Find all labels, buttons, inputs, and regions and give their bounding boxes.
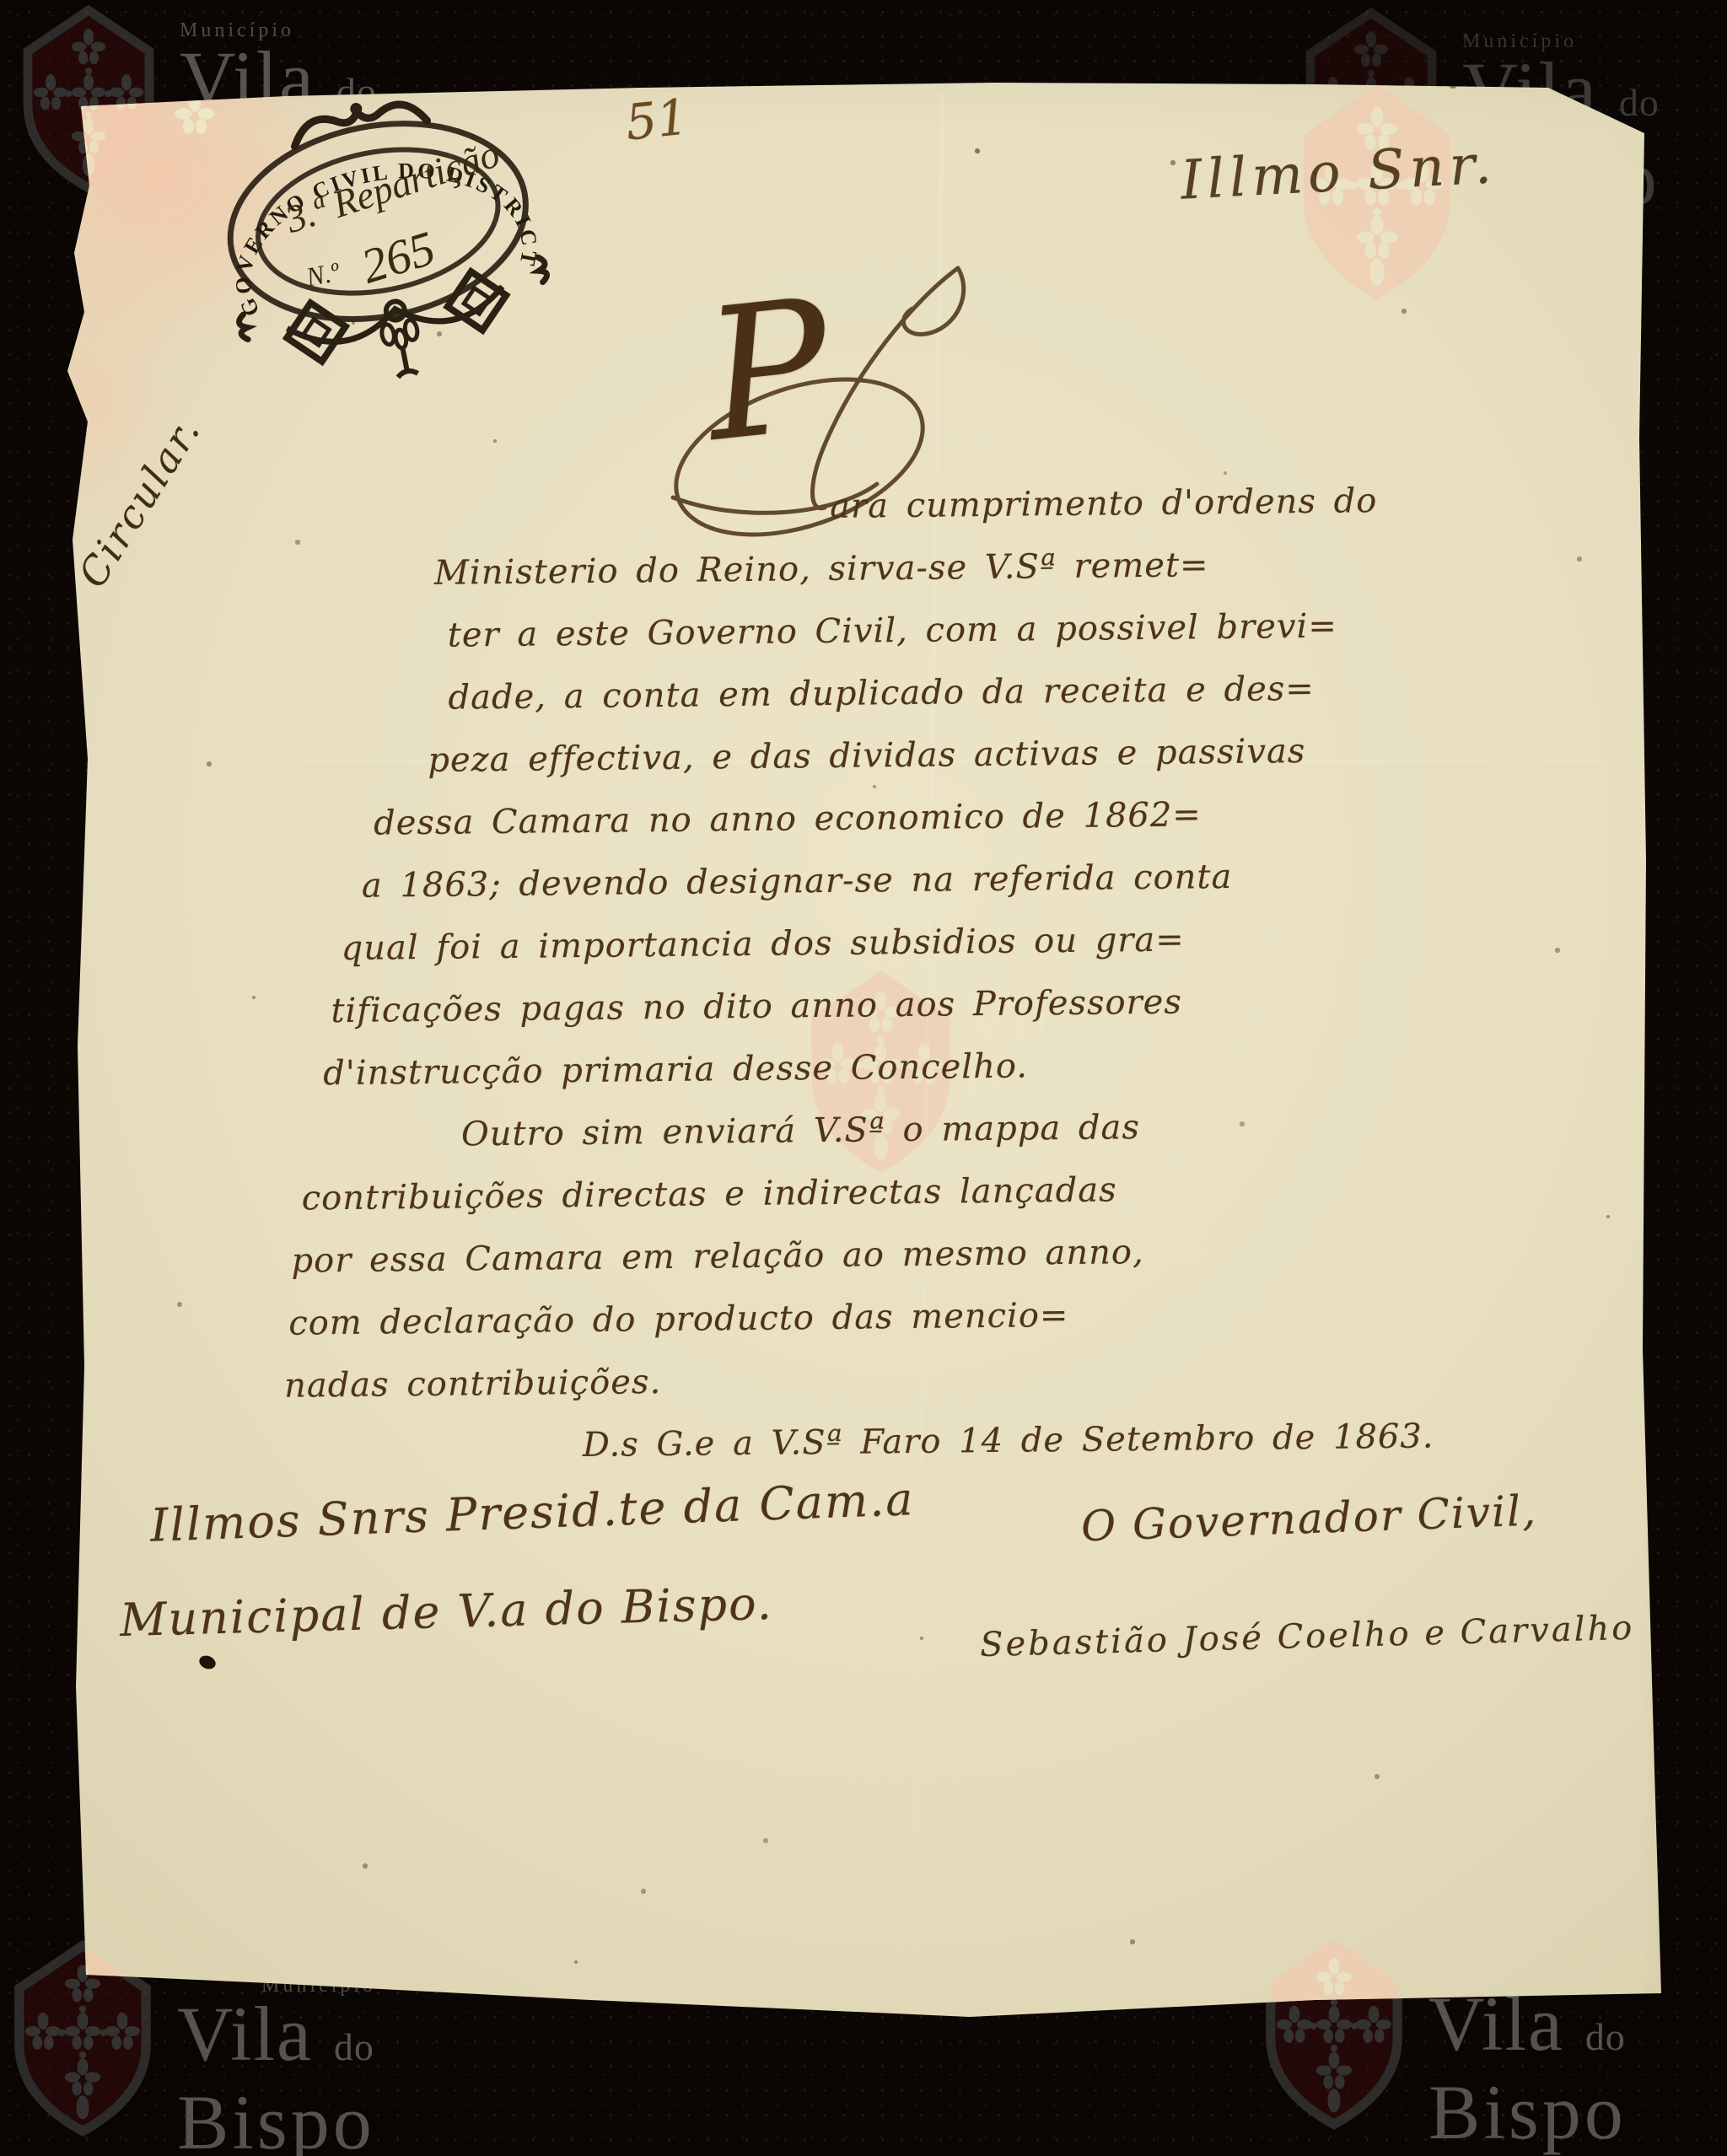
- stamp-greek-key-right: [442, 266, 512, 336]
- watermark-municipio-label: Município: [180, 19, 378, 42]
- watermark-municipio-label: Município: [1462, 30, 1660, 53]
- watermark-text: Município Vila do Bispo: [177, 1975, 376, 2156]
- watermark-bispo: Bispo: [1428, 2073, 1627, 2151]
- watermark-do: do: [334, 2025, 374, 2068]
- governo-civil-faro-stamp: GOVERNO CIVIL DO DISTRICTO DE FARO 3.ª R…: [180, 57, 585, 435]
- watermark-do: do: [1619, 81, 1660, 124]
- signature-office-line: O Governador Civil,: [1080, 1487, 1538, 1551]
- manuscript-line-dateline: D.s G.e a V.Sª Faro 14 de Setembro de 18…: [582, 1402, 1700, 1476]
- circular-label: Circular.: [69, 408, 210, 595]
- photographed-document-scene: Município Vila do Bispo Município Vila d…: [0, 0, 1727, 2156]
- stamp-number-handwritten: 265: [355, 220, 441, 294]
- foxing-spots: [0, 0, 2, 2]
- addressee-line-1: Illmos Snrs Presid.te da Cam.a: [149, 1472, 915, 1552]
- archival-page-number: 51: [623, 88, 691, 151]
- paper-content-layer: Vila do Bispo GOVERNO CIVIL DO DISTRICTO…: [0, 0, 1727, 2156]
- stamp-number-prefix: N.º: [303, 256, 342, 293]
- body-initial-letter: P: [697, 274, 837, 467]
- governor-signature: Sebastião José Coelho e Carvalho: [980, 1609, 1635, 1664]
- watermark-bispo: Bispo: [177, 2083, 376, 2156]
- addressee-line-2: Municipal de V.a do Bispo.: [119, 1577, 773, 1647]
- letter-body: ara cumprimento d'ordens do Ministerio d…: [273, 466, 1700, 1480]
- watermark-vila: Vila: [177, 1991, 313, 2077]
- manuscript-line: ara cumprimento d'ordens do: [830, 466, 1691, 538]
- ink-blot: [197, 1653, 218, 1671]
- watermark-do: do: [1585, 2015, 1626, 2058]
